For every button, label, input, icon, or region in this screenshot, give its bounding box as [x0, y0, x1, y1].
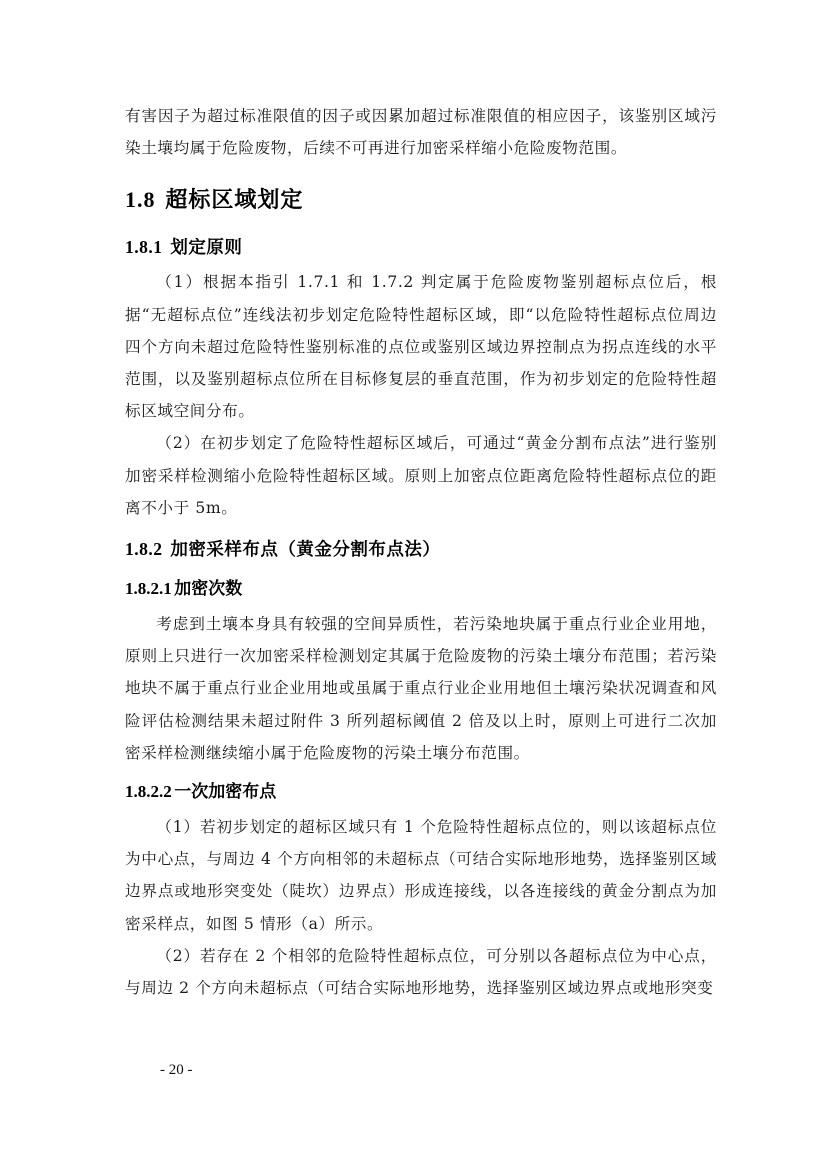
paragraph-principle-1: （1）根据本指引 1.7.1 和 1.7.2 判定属于危险废物鉴别超标点位后，根…: [125, 266, 717, 427]
paragraph-first-densification-2: （2）若存在 2 个相邻的危险特性超标点位，可分别以各超标点位为中心点，与周边 …: [125, 940, 717, 1004]
paragraph-principle-2: （2）在初步划定了危险特性超标区域后，可通过“黄金分割布点法”进行鉴别加密采样检…: [125, 427, 717, 524]
section-number: 1.8.2.1: [125, 579, 172, 598]
paragraph-first-densification-1: （1）若初步划定的超标区域只有 1 个危险特性超标点位的，则以该超标点位为中心点…: [125, 811, 717, 940]
section-number: 1.8.2: [125, 539, 163, 559]
section-title: 超标区域划定: [165, 187, 303, 212]
section-number: 1.8: [125, 187, 156, 212]
document-page: 有害因子为超过标准限值的因子或因累加超过标准限值的相应因子，该鉴别区域污染土壤均…: [125, 100, 717, 1004]
section-number: 1.8.1: [125, 237, 163, 257]
section-heading-1-8-2: 1.8.2加密采样布点（黄金分割布点法）: [125, 532, 717, 566]
intro-paragraph: 有害因子为超过标准限值的因子或因累加超过标准限值的相应因子，该鉴别区域污染土壤均…: [125, 100, 717, 164]
section-heading-1-8-2-1: 1.8.2.1加密次数: [125, 572, 717, 606]
section-heading-1-8-1: 1.8.1划定原则: [125, 230, 717, 264]
section-heading-1-8: 1.8超标区域划定: [125, 184, 717, 216]
section-title: 加密采样布点（黄金分割布点法）: [170, 539, 440, 559]
page-number: - 20 -: [160, 1062, 193, 1079]
section-title: 加密次数: [174, 579, 242, 598]
section-title: 一次加密布点: [174, 782, 276, 801]
section-title: 划定原则: [170, 237, 242, 257]
section-number: 1.8.2.2: [125, 782, 172, 801]
section-heading-1-8-2-2: 1.8.2.2一次加密布点: [125, 775, 717, 809]
paragraph-densification-times: 考虑到土壤本身具有较强的空间异质性，若污染地块属于重点行业企业用地，原则上只进行…: [125, 608, 717, 769]
